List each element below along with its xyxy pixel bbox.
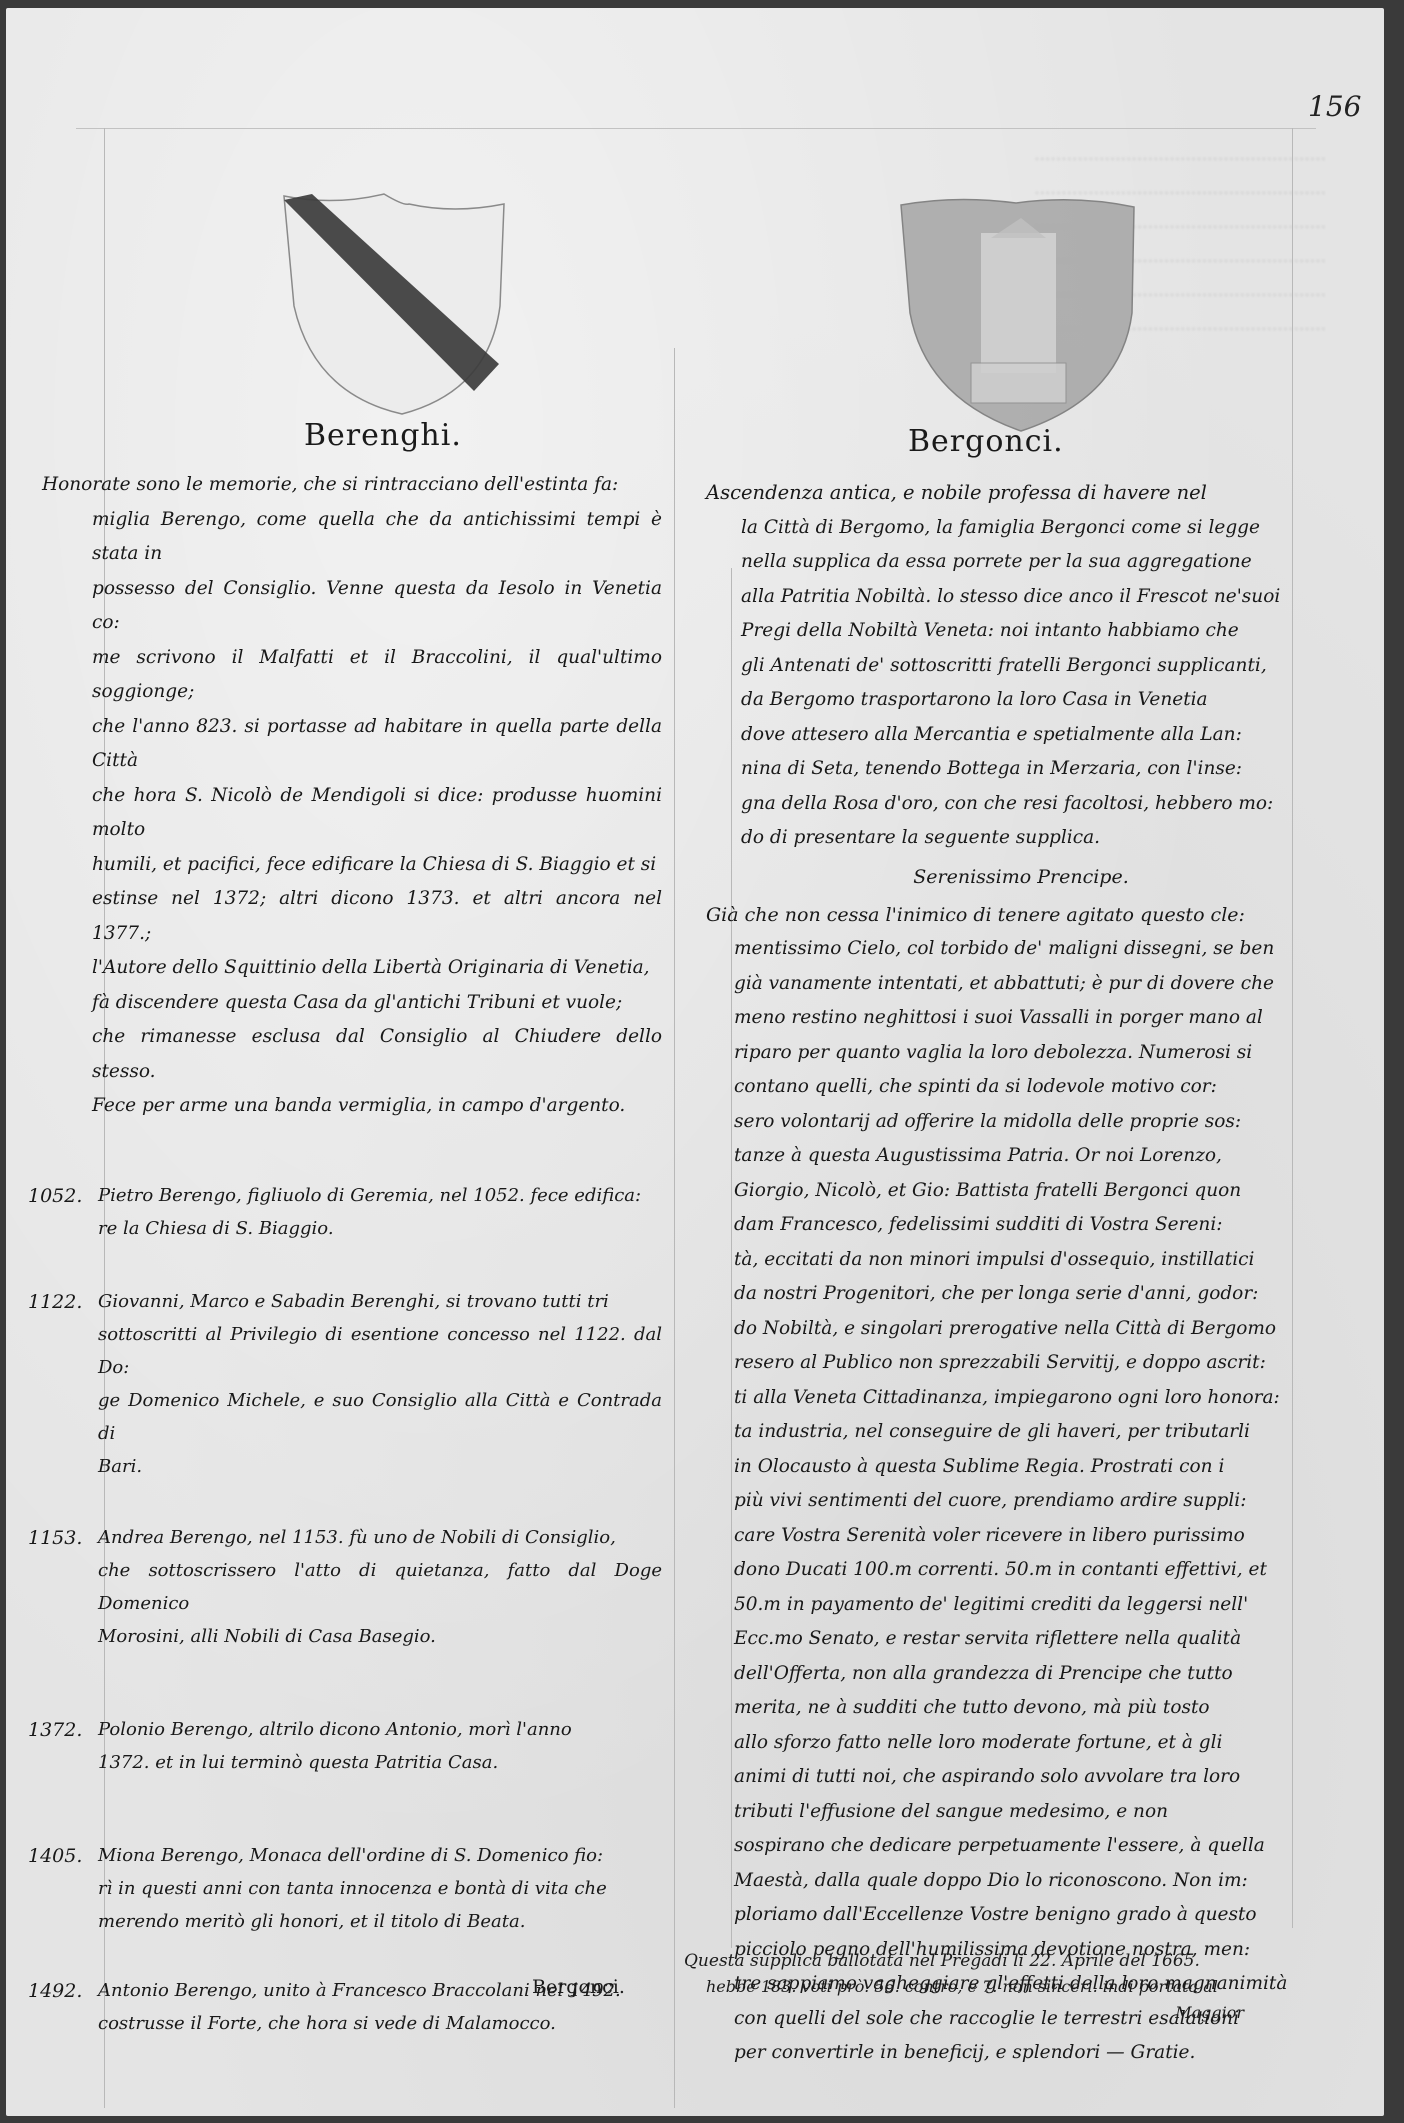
entry-year: 1405.: [28, 1839, 82, 1873]
petition-line: animi di tutti noi, che aspirando solo a…: [734, 1760, 1296, 1795]
entry-line: 1372. et in lui terminò questa Patritia …: [98, 1746, 662, 1779]
entry-line: rì in questi anni con tanta innocenza e …: [98, 1872, 662, 1905]
petition-text: Già che non cessa l'inimico di tenere ag…: [706, 898, 1296, 2071]
bergonci-title: Bergonci.: [908, 424, 1064, 459]
intro-line: che hora S. Nicolò de Mendigoli si dice:…: [92, 779, 662, 848]
petition-line: tà, eccitati da non minori impulsi d'oss…: [734, 1243, 1296, 1278]
folio-number: 156: [1308, 90, 1361, 123]
entry-line: re la Chiesa di S. Biaggio.: [98, 1212, 662, 1245]
intro-line: nina di Seta, tenendo Bottega in Merzari…: [741, 752, 1296, 787]
entry-1052: 1052. Pietro Berengo, figliuolo di Gerem…: [28, 1179, 662, 1245]
bergonci-coat-of-arms-icon: [896, 193, 1136, 438]
entry-1405: 1405. Miona Berengo, Monaca dell'ordine …: [28, 1839, 662, 1938]
entry-1122: 1122. Giovanni, Marco e Sabadin Berenghi…: [28, 1285, 662, 1483]
petition-line: allo sforzo fatto nelle loro moderate fo…: [734, 1726, 1296, 1761]
berenghi-entries: 1052. Pietro Berengo, figliuolo di Gerem…: [28, 1179, 662, 2040]
petition-line: Giorgio, Nicolò, et Gio: Battista fratel…: [734, 1174, 1296, 1209]
bergonci-column: Ascendenza antica, e nobile professa di …: [706, 476, 1296, 2071]
entry-1153: 1153. Andrea Berengo, nel 1153. fù uno d…: [28, 1521, 662, 1653]
bergonci-intro: Ascendenza antica, e nobile professa di …: [706, 476, 1296, 856]
entry-line: che sottoscrissero l'atto di quietanza, …: [98, 1554, 662, 1620]
intro-line: possesso del Consiglio. Venne questa da …: [92, 572, 662, 641]
entry-year: 1122.: [28, 1285, 82, 1319]
entry-year: 1372.: [28, 1713, 82, 1747]
top-ruling-line: [76, 128, 1316, 129]
entry-line: costrusse il Forte, che hora si vede di …: [98, 2007, 662, 2040]
petition-line: dell'Offerta, non alla grandezza di Pren…: [734, 1657, 1296, 1692]
intro-line: da Bergomo trasportarono la loro Casa in…: [741, 683, 1296, 718]
petition-line: sospirano che dedicare perpetuamente l'e…: [734, 1829, 1296, 1864]
petition-line: per convertirle in beneficij, e splendor…: [734, 2036, 1296, 2071]
petition-line: contano quelli, che spinti da si lodevol…: [734, 1070, 1296, 1105]
intro-line: alla Patritia Nobiltà. lo stesso dice an…: [741, 580, 1296, 615]
petition-line: Già che non cessa l'inimico di tenere ag…: [706, 898, 1296, 933]
catchword: Bergonci.: [532, 1976, 625, 1998]
petition-line: sero volontarij ad offerire la midolla d…: [734, 1105, 1296, 1140]
intro-line: fà discendere questa Casa da gl'antichi …: [92, 986, 662, 1021]
entry-line: merendo meritò gli honori, et il titolo …: [98, 1905, 662, 1938]
intro-line: la Città di Bergomo, la famiglia Bergonc…: [741, 511, 1296, 546]
entry-1372: 1372. Polonio Berengo, altrilo dicono An…: [28, 1713, 662, 1779]
intro-line: do di presentare la seguente supplica.: [741, 821, 1296, 856]
petition-line: ti alla Veneta Cittadinanza, impiegarono…: [734, 1381, 1296, 1416]
intro-line: Pregi della Nobiltà Veneta: noi intanto …: [741, 614, 1296, 649]
petition-line: Maestà, dalla quale doppo Dio lo riconos…: [734, 1864, 1296, 1899]
intro-line: estinse nel 1372; altri dicono 1373. et …: [92, 882, 662, 951]
petition-line: mentissimo Cielo, col torbido de' malign…: [734, 932, 1296, 967]
resolution-note: Questa supplica ballotata nel Pregadi li…: [684, 1948, 1284, 2026]
intro-line: miglia Berengo, come quella che da antic…: [92, 503, 662, 572]
petition-line: riparo per quanto vaglia la loro debolez…: [734, 1036, 1296, 1071]
intro-line: humili, et pacifici, fece edificare la C…: [92, 848, 662, 883]
entry-line: ge Domenico Michele, e suo Consiglio all…: [98, 1384, 662, 1450]
petition-line: da nostri Progenitori, che per longa ser…: [734, 1277, 1296, 1312]
intro-line: l'Autore dello Squittinio della Libertà …: [92, 951, 662, 986]
petition-line: ta industria, nel conseguire de gli have…: [734, 1415, 1296, 1450]
petition-line: già vanamente intentati, et abbattuti; è…: [734, 967, 1296, 1002]
entry-line: Giovanni, Marco e Sabadin Berenghi, si t…: [98, 1285, 662, 1318]
petition-line: 50.m in payamento de' legitimi crediti d…: [734, 1588, 1296, 1623]
entry-year: 1492.: [28, 1974, 82, 2008]
resolution-line: Questa supplica ballotata nel Pregadi li…: [684, 1948, 1284, 1974]
berenghi-title: Berenghi.: [304, 418, 462, 453]
petition-line: Ecc.mo Senato, e restar servita riflette…: [734, 1622, 1296, 1657]
petition-line: merita, ne à sudditi che tutto devono, m…: [734, 1691, 1296, 1726]
intro-line: dove attesero alla Mercantia e spetialme…: [741, 718, 1296, 753]
column-divider-rule: [674, 348, 675, 2108]
petition-salutation: Serenissimo Prencipe.: [706, 860, 1296, 894]
petition-line: do Nobiltà, e singolari prerogative nell…: [734, 1312, 1296, 1347]
entry-year: 1153.: [28, 1521, 82, 1555]
petition-line: tanze à questa Augustissima Patria. Or n…: [734, 1139, 1296, 1174]
intro-line: che rimanesse esclusa dal Consiglio al C…: [92, 1020, 662, 1089]
petition-line: più vivi sentimenti del cuore, prendiamo…: [734, 1484, 1296, 1519]
intro-line: Fece per arme una banda vermiglia, in ca…: [92, 1089, 662, 1124]
entry-line: Miona Berengo, Monaca dell'ordine di S. …: [98, 1839, 662, 1872]
berenghi-coat-of-arms-icon: [274, 186, 524, 426]
entry-line: sottoscritti al Privilegio di esentione …: [98, 1318, 662, 1384]
entry-line: Pietro Berengo, figliuolo di Geremia, ne…: [98, 1179, 662, 1212]
intro-line: gli Antenati de' sottoscritti fratelli B…: [741, 649, 1296, 684]
intro-line: che l'anno 823. si portasse ad habitare …: [92, 710, 662, 779]
intro-line: gna della Rosa d'oro, con che resi facol…: [741, 787, 1296, 822]
entry-line: Andrea Berengo, nel 1153. fù uno de Nobi…: [98, 1521, 662, 1554]
petition-line: care Vostra Serenità voler ricevere in l…: [734, 1519, 1296, 1554]
intro-line: Honorate sono le memorie, che si rintrac…: [42, 468, 662, 503]
intro-line: nella supplica da essa porrete per la su…: [741, 545, 1296, 580]
petition-line: dam Francesco, fedelissimi sudditi di Vo…: [734, 1208, 1296, 1243]
petition-line: in Olocausto à questa Sublime Regia. Pro…: [734, 1450, 1296, 1485]
entry-line: Morosini, alli Nobili di Casa Basegio.: [98, 1620, 662, 1653]
resolution-line: Maggior: [684, 2000, 1284, 2026]
petition-line: meno restino neghittosi i suoi Vassalli …: [734, 1001, 1296, 1036]
entry-year: 1052.: [28, 1179, 82, 1213]
berenghi-column: Honorate sono le memorie, che si rintrac…: [42, 468, 662, 2040]
intro-line: Ascendenza antica, e nobile professa di …: [706, 476, 1296, 511]
petition-line: resero al Publico non sprezzabili Servit…: [734, 1346, 1296, 1381]
petition-line: dono Ducati 100.m correnti. 50.m in cont…: [734, 1553, 1296, 1588]
petition-line: ploriamo dall'Eccellenze Vostre benigno …: [734, 1898, 1296, 1933]
resolution-line: hebbe 183. voti prò. 56. contro, e 7. no…: [684, 1974, 1284, 2000]
berenghi-intro: Honorate sono le memorie, che si rintrac…: [42, 468, 662, 1124]
entry-line: Polonio Berengo, altrilo dicono Antonio,…: [98, 1713, 662, 1746]
entry-line: Bari.: [98, 1450, 662, 1483]
intro-line: me scrivono il Malfatti et il Braccolini…: [92, 641, 662, 710]
petition-line: tributi l'effusione del sangue medesimo,…: [734, 1795, 1296, 1830]
manuscript-page: ........................................…: [6, 8, 1384, 2116]
